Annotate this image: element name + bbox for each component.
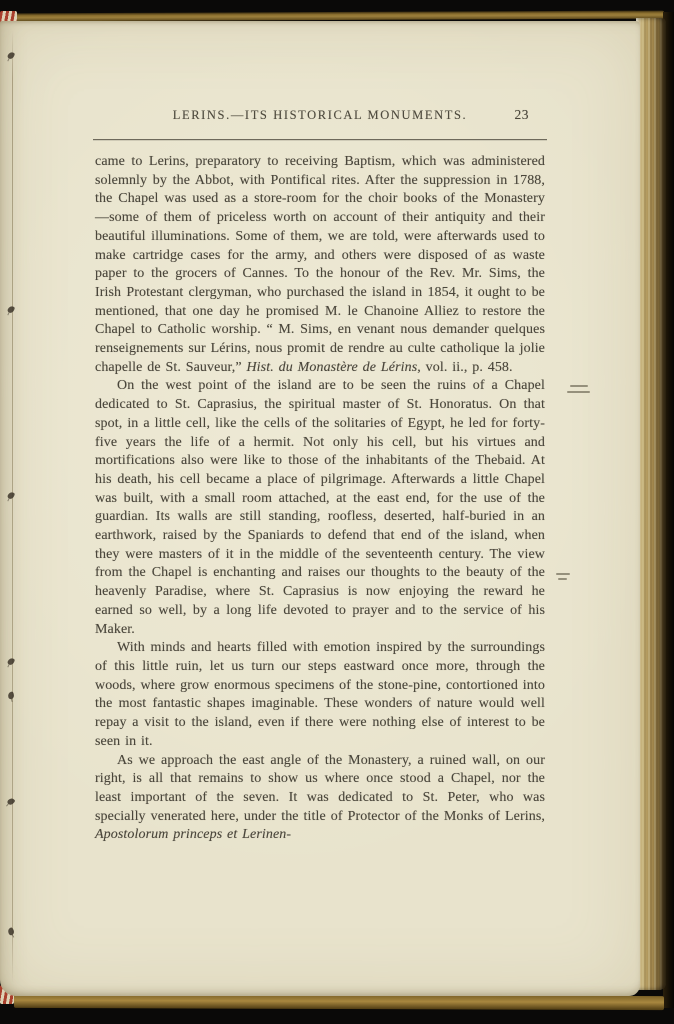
paragraph: came to Lerins, preparatory to receiving…	[95, 153, 545, 377]
italic-text-segment: Apostolorum princeps et Lerinen-	[95, 827, 291, 842]
book-cover-top-edge	[6, 11, 664, 22]
stitch-mark	[7, 657, 15, 666]
text-segment: As we approach the east angle of the Mon…	[95, 753, 545, 824]
print-smudge	[567, 391, 590, 393]
print-smudge	[570, 385, 588, 387]
book-cover-bottom-edge	[14, 994, 664, 1010]
stitch-mark	[7, 691, 15, 699]
text-block: LERINS.—ITS HISTORICAL MONUMENTS. 23 cam…	[95, 107, 545, 845]
book-page: LERINS.—ITS HISTORICAL MONUMENTS. 23 cam…	[0, 21, 640, 996]
stitch-mark	[6, 797, 15, 806]
stitch-mark	[7, 51, 15, 60]
text-segment: , vol. ii., p. 458.	[417, 360, 512, 375]
running-header: LERINS.—ITS HISTORICAL MONUMENTS. 23	[95, 107, 545, 123]
paragraph: On the west point of the island are to b…	[95, 377, 545, 639]
paragraph: With minds and hearts filled with emotio…	[95, 639, 545, 751]
print-smudge	[558, 578, 567, 580]
italic-text-segment: Hist. du Monastère de Lérins	[246, 360, 417, 375]
page-edges-stack	[636, 18, 666, 990]
text-segment: On the west point of the island are to b…	[95, 378, 545, 636]
text-segment: With minds and hearts filled with emotio…	[95, 640, 545, 749]
stitch-mark	[7, 491, 15, 500]
paragraph: As we approach the east angle of the Mon…	[95, 752, 545, 846]
book-photo: LERINS.—ITS HISTORICAL MONUMENTS. 23 cam…	[0, 0, 674, 1024]
stitch-mark	[7, 305, 15, 314]
header-rule	[93, 139, 547, 140]
stitch-mark	[7, 927, 16, 936]
page-number: 23	[515, 107, 530, 123]
print-smudge	[556, 573, 570, 575]
text-segment: came to Lerins, preparatory to receiving…	[95, 154, 545, 375]
running-title: LERINS.—ITS HISTORICAL MONUMENTS.	[95, 107, 545, 123]
gutter-fold-line	[12, 31, 13, 983]
body-text: came to Lerins, preparatory to receiving…	[95, 153, 545, 845]
